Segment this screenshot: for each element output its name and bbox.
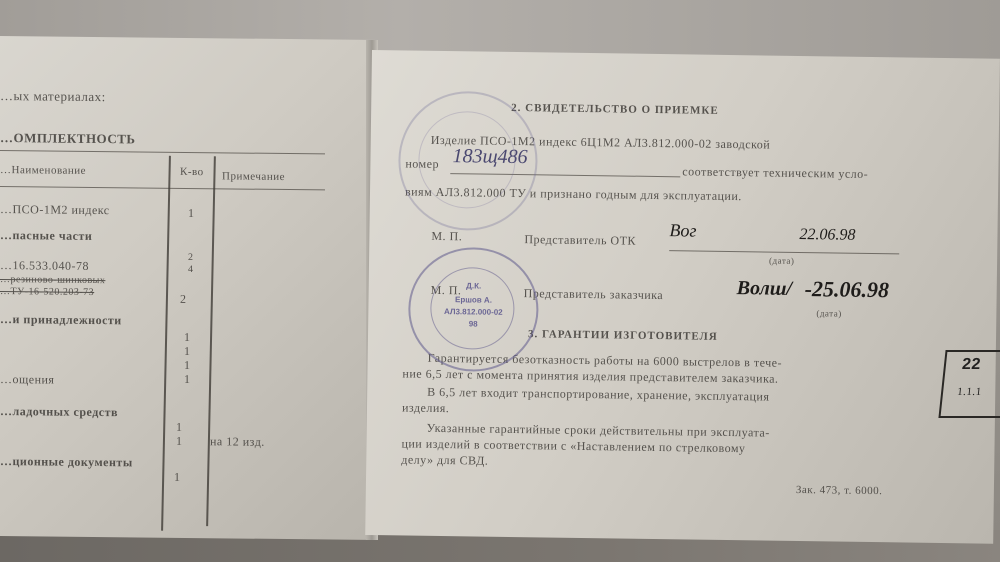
print-order-number: Зак. 473, т. 6000. bbox=[796, 484, 883, 497]
round-stamp-faint bbox=[397, 90, 538, 231]
table-row-qty: 1 bbox=[176, 434, 183, 449]
table-row-name: …резиново-шинковых bbox=[0, 274, 105, 286]
table-row-note: на 12 изд. bbox=[210, 434, 265, 450]
right-page: 2. СВИДЕТЕЛЬСТВО О ПРИЕМКЕ Изделие ПСО-1… bbox=[365, 50, 1000, 544]
column-divider-2 bbox=[206, 156, 216, 526]
customer-label: Представитель заказчика bbox=[524, 286, 664, 303]
left-page: …ых материалах: …ОМПЛЕКТНОСТЬ …Наименова… bbox=[0, 36, 378, 540]
table-row-name: …ладочных средств bbox=[0, 404, 118, 420]
header-note: Примечание bbox=[222, 170, 285, 183]
table-row-name: …и принадлежности bbox=[0, 312, 122, 328]
box-stamp-number: 22 bbox=[961, 356, 982, 374]
rectangular-stamp: 22 1.1.1 bbox=[938, 350, 1000, 418]
otk-date: 22.06.98 bbox=[799, 226, 855, 245]
table-row-qty: 1 bbox=[184, 330, 191, 345]
header-rule bbox=[0, 186, 325, 190]
intro-fragment: …ых материалах: bbox=[0, 88, 106, 105]
table-row-qty: 1 bbox=[184, 372, 191, 387]
table-row-qty: 2 bbox=[180, 292, 187, 307]
table-row-qty: 4 bbox=[188, 264, 194, 275]
customer-date: -25.06.98 bbox=[805, 276, 890, 303]
stamp-text-line: Ершов А. bbox=[410, 295, 536, 306]
box-stamp-code: 1.1.1 bbox=[957, 386, 983, 398]
date-caption-1: (дата) bbox=[769, 256, 795, 266]
table-row-qty: 1 bbox=[184, 344, 191, 359]
warranty-line-7: делу» для СВД. bbox=[401, 452, 488, 468]
table-top-rule bbox=[0, 150, 325, 154]
section3-title: 3. ГАРАНТИИ ИЗГОТОВИТЕЛЯ bbox=[528, 328, 718, 343]
otk-label: Представитель ОТК bbox=[524, 232, 636, 249]
table-row-name: …ПСО-1М2 индекс bbox=[0, 202, 110, 218]
table-row-qty: 1 bbox=[176, 420, 183, 435]
stamp-text-line: 98 bbox=[410, 319, 536, 330]
table-row-name: …пасные части bbox=[0, 228, 92, 244]
table-row-qty: 2 bbox=[188, 252, 194, 263]
acceptance-line-2-suffix: соответствует техническим усло- bbox=[682, 164, 868, 182]
header-qty: К-во bbox=[180, 166, 204, 178]
table-row-name: …ощения bbox=[0, 372, 54, 388]
mp-label-1: М. П. bbox=[431, 229, 462, 244]
table-row-qty: 1 bbox=[188, 206, 195, 221]
table-row-name: …ционные документы bbox=[0, 454, 133, 470]
warranty-line-4: изделия. bbox=[402, 400, 450, 416]
column-divider-1 bbox=[161, 156, 171, 531]
date-caption-2: (дата) bbox=[816, 308, 842, 318]
warranty-line-3: В 6,5 лет входит транспортирование, хран… bbox=[427, 385, 769, 405]
table-row-qty: 1 bbox=[184, 358, 191, 373]
section-title-completeness: …ОМПЛЕКТНОСТЬ bbox=[0, 130, 135, 147]
section2-title: 2. СВИДЕТЕЛЬСТВО О ПРИЕМКЕ bbox=[511, 102, 719, 117]
stamp-text-line: Д.К. bbox=[411, 281, 537, 292]
stamp-text-line: АЛ3.812.000-02 bbox=[410, 307, 536, 318]
otk-signature-line bbox=[669, 250, 899, 254]
table-row-name: …16.533.040-78 bbox=[0, 258, 89, 274]
header-name: …Наименование bbox=[0, 164, 86, 177]
table-row-qty: 1 bbox=[174, 470, 181, 485]
table-row-name: …ТУ-16-520.203-73 bbox=[0, 286, 94, 298]
customer-signature: Волш/ bbox=[737, 277, 793, 301]
otk-signature: Вог bbox=[669, 220, 696, 241]
